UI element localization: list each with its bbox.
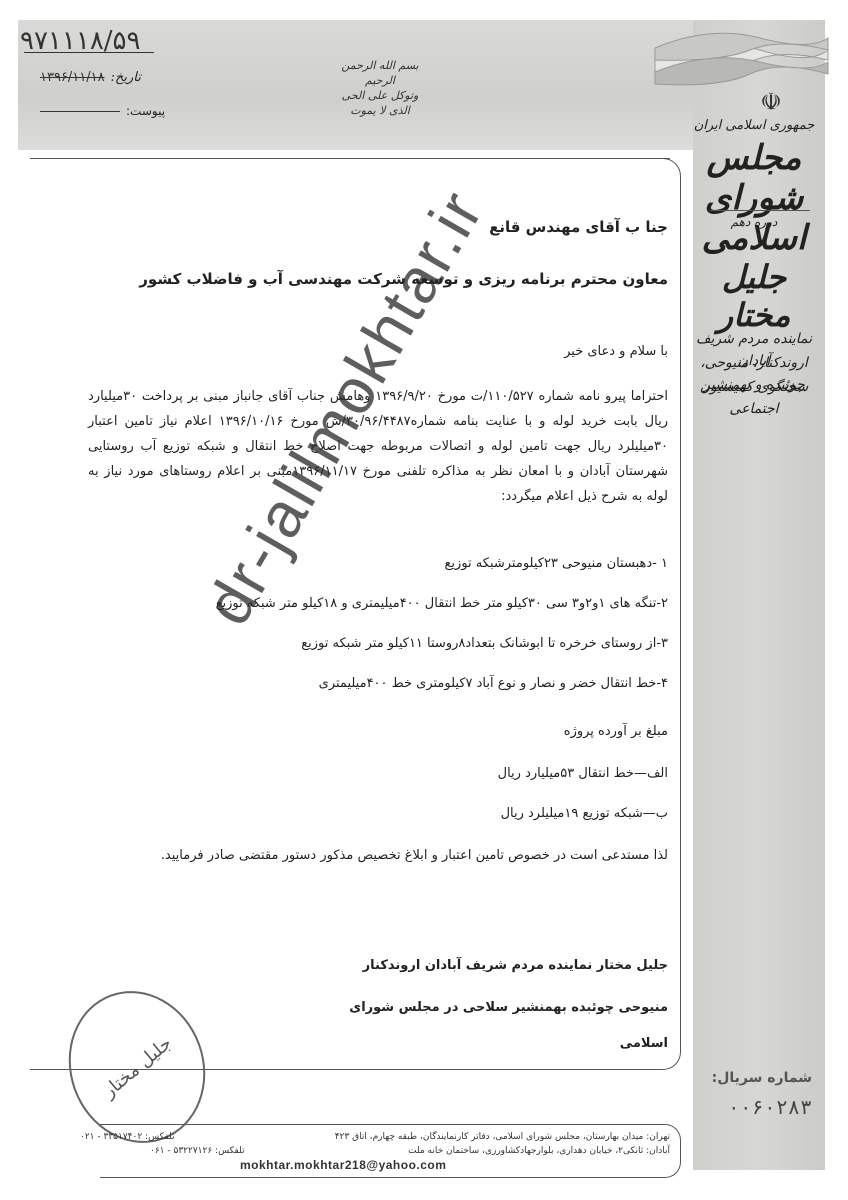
stamp-text: جلیل مختار — [99, 1032, 176, 1101]
divider — [710, 210, 810, 211]
letter-page: ☫ جمهوری اسلامی ایران مجلس شورای اسلامی … — [0, 0, 848, 1200]
majlis-title: مجلس شورای اسلامی — [688, 138, 820, 258]
amount-title: مبلغ بر آورده پروژه — [564, 724, 668, 739]
list-item: ۲-تنگه های ۱و۲و۳ سی ۳۰کیلو متر خط انتقال… — [68, 592, 668, 632]
date-value: ۱۳۹۶/۱۱/۱۸ — [40, 70, 105, 85]
item-list: ۱ -دهبستان منیوحی ۲۳کیلومترشبکه توزیع ۲-… — [68, 552, 668, 712]
list-item: ۳-از روستای خرخره تا ابوشانک بتعداد۸روست… — [68, 632, 668, 672]
bismillah: بسم الله الرحمن الرحیم وتوکل علی الحی ال… — [330, 58, 430, 118]
greeting: با سلام و دعای خیر — [564, 344, 668, 359]
date-row: تاریخ: ۱۳۹۶/۱۱/۱۸ — [40, 70, 141, 85]
amount-line: الف—خط انتقال ۵۳میلیارد ریال — [498, 766, 668, 781]
attachment-line — [40, 111, 120, 112]
date-label: تاریخ: — [111, 70, 141, 85]
abadan-address: آبادان: ثانکی۲، خیابان دهداری، بلوارجهاد… — [408, 1146, 670, 1156]
list-item: ۴-خط انتقال خضر و نصار و نوع آباد ۷کیلوم… — [68, 672, 668, 712]
tavakkol-line: وتوکل علی الحی الذی لا یموت — [330, 88, 430, 118]
serial-label: شماره سریال: — [712, 1070, 812, 1086]
divider — [24, 52, 154, 53]
representative-name: جلیل مختار — [688, 258, 820, 334]
signature-line: جلیل مختار نماینده مردم شریف آبادان ارون… — [363, 958, 668, 973]
republic-label: جمهوری اسلامی ایران — [688, 118, 820, 133]
tehran-address: تهران: میدان بهارستان، مجلس شورای اسلامی… — [335, 1132, 670, 1142]
request-line: لذا مستدعی است در خصوص تامین اعتبار و اب… — [161, 848, 668, 863]
list-item: ۱ -دهبستان منیوحی ۲۳کیلومترشبکه توزیع — [68, 552, 668, 592]
flag-icon — [650, 30, 830, 90]
tehran-fax: تلفکس: ۳۳۵۱۷۴۰۲ - ۰۲۱ — [80, 1132, 175, 1142]
bismillah-line: بسم الله الرحمن الرحیم — [330, 58, 430, 88]
term-label: دوره دهم — [688, 215, 820, 229]
emblem-icon: ☫ — [756, 88, 786, 120]
attachment-row: پیوست: — [40, 104, 165, 118]
email-address: mokhtar.mokhtar218@yahoo.com — [240, 1158, 446, 1172]
serial-number: ۰۰۶۰۲۸۳ — [728, 1095, 812, 1119]
attachment-label: پیوست: — [126, 104, 165, 118]
addressee: جنا ب آقای مهندس قانع — [489, 218, 668, 236]
amount-line: ب—شبکه توزیع ۱۹میلیلرد ریال — [501, 806, 668, 821]
abadan-fax: تلفکس: ۵۳۲۲۷۱۲۶ - ۰۶۱ — [150, 1146, 245, 1156]
signature-line: اسلامی — [620, 1036, 668, 1051]
signature-line: منیوحی چوئبده بهمنشیر سلاحی در مجلس شورا… — [349, 1000, 668, 1015]
representative-line: سخنگوی کمیسیون اجتماعی — [688, 376, 820, 420]
